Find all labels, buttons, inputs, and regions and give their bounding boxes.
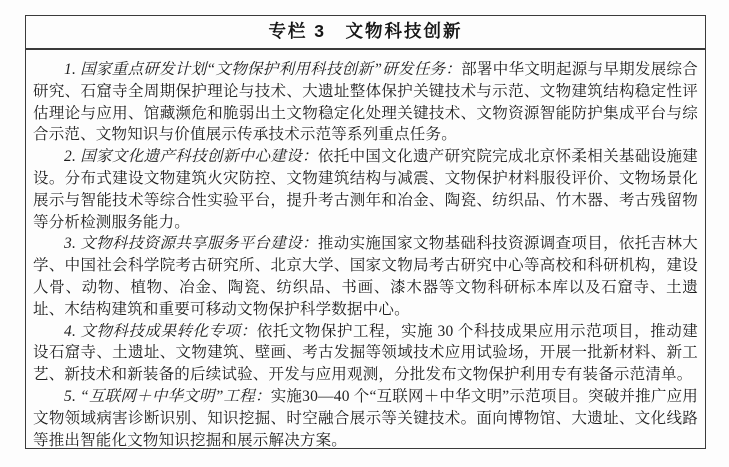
column-title: 专栏 3 文物科技创新: [25, 15, 706, 50]
paragraph-3: 3. 文物科技资源共享服务平台建设：推动实施国家文物基础科技资源调查项目，依托吉…: [33, 233, 698, 320]
paragraph-4-lead: 4. 文物科技成果转化专项：: [64, 323, 257, 340]
paragraph-4: 4. 文物科技成果转化专项：依托文物保护工程，实施 30 个科技成果应用示范项目…: [33, 321, 698, 386]
paragraph-2-lead: 2. 国家文化遗产科技创新中心建设：: [64, 148, 318, 165]
paragraph-2: 2. 国家文化遗产科技创新中心建设：依托中国文化遗产研究院完成北京怀柔相关基础设…: [33, 146, 698, 233]
paragraph-5: 5. “互联网＋中华文明”工程：实施30—40 个“互联网＋中华文明”示范项目。…: [33, 386, 698, 451]
paragraph-3-lead: 3. 文物科技资源共享服务平台建设：: [64, 235, 318, 252]
paragraph-1: 1. 国家重点研发计划“文物保护利用科技创新”研发任务：部署中华文明起源与早期发…: [33, 59, 698, 146]
column-body: 1. 国家重点研发计划“文物保护利用科技创新”研发任务：部署中华文明起源与早期发…: [25, 50, 706, 449]
document-page: 专栏 3 文物科技创新 1. 国家重点研发计划“文物保护利用科技创新”研发任务：…: [0, 0, 729, 467]
paragraph-1-lead: 1. 国家重点研发计划“文物保护利用科技创新”研发任务：: [64, 61, 461, 78]
paragraph-5-lead: 5. “互联网＋中华文明”工程：: [64, 388, 271, 405]
column-3-box: 专栏 3 文物科技创新 1. 国家重点研发计划“文物保护利用科技创新”研发任务：…: [25, 15, 706, 449]
